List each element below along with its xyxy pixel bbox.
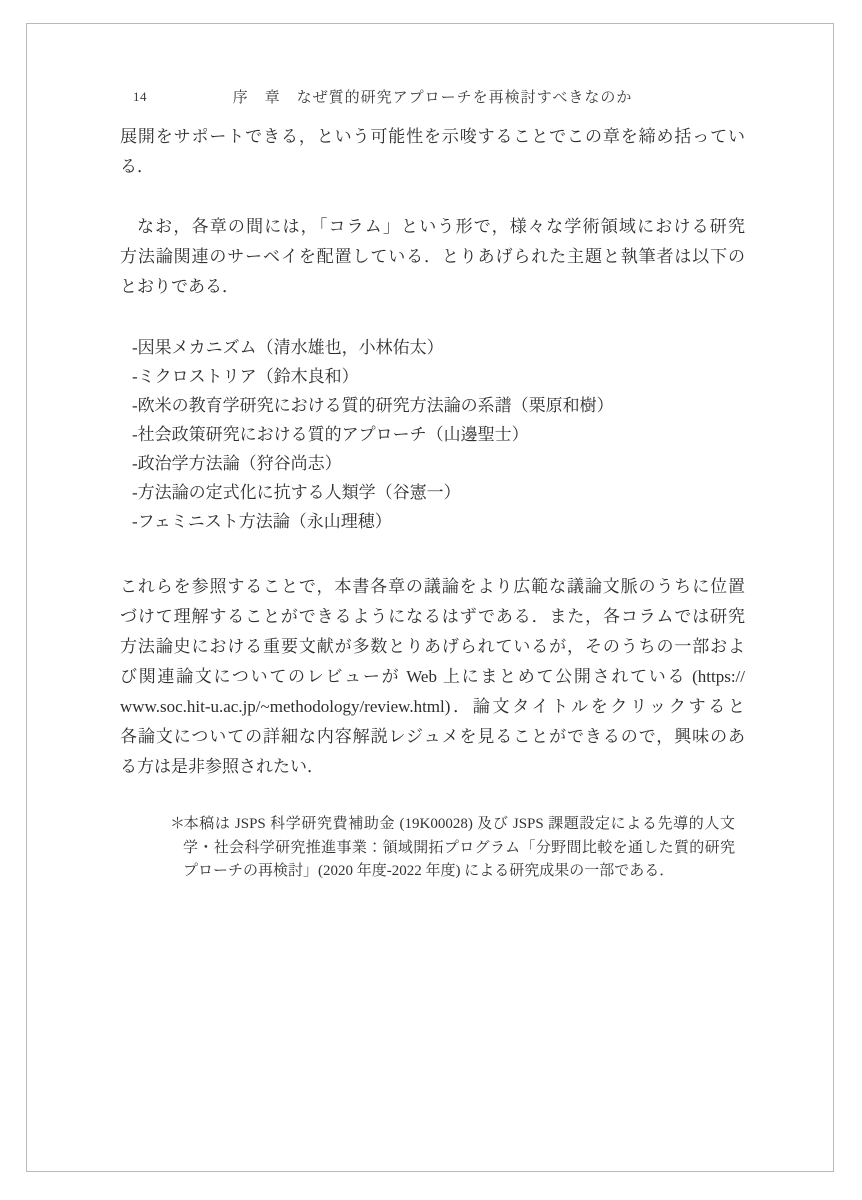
book-page: 14 序 章 なぜ質的研究アプローチを再検討すべきなのか 展開をサポートできる，…	[0, 0, 862, 1200]
text-line: とおりである．	[120, 272, 745, 302]
list-item: -方法論の定式化に抗する人類学（谷憲一）	[132, 478, 745, 507]
footnote-marker: ＊	[170, 813, 183, 837]
intro-paragraph: 展開をサポートできる，という可能性を示唆することでこの章を締め括ってい る．	[120, 122, 745, 182]
footnote-line: プローチの再検討」(2020 年度-2022 年度) による研究成果の一部である…	[170, 860, 735, 884]
text-line: 各論文についての詳細な内容解説レジュメを見ることができるので，興味のあ	[120, 722, 745, 752]
list-item: -政治学方法論（狩谷尚志）	[132, 449, 745, 478]
running-header: 序 章 なぜ質的研究アプローチを再検討すべきなのか	[120, 86, 745, 107]
text-line: 方法論史における重要文献が多数とりあげられているが，そのうちの一部およ	[120, 632, 745, 662]
page-number: 14	[133, 89, 147, 105]
page-header: 14 序 章 なぜ質的研究アプローチを再検討すべきなのか	[120, 86, 745, 108]
text-line: び関連論文についてのレビューが Web 上にまとめて公開されている (https…	[120, 662, 745, 692]
text-line: 方法論関連のサーベイを配置している．とりあげられた主題と執筆者は以下の	[120, 242, 745, 272]
text-line: る方は是非参照されたい．	[120, 752, 745, 782]
text-line: る．	[120, 152, 745, 182]
list-item: -社会政策研究における質的アプローチ（山邊聖士）	[132, 420, 745, 449]
text-line: www.soc.hit-u.ac.jp/~methodology/review.…	[120, 692, 745, 722]
list-item: -ミクロストリア（鈴木良和）	[132, 362, 745, 391]
columns-paragraph: なお，各章の間には，「コラム」という形で，様々な学術領域における研究 方法論関連…	[120, 212, 745, 302]
closing-paragraph: これらを参照することで，本書各章の議論をより広範な議論文脈のうちに位置 づけて理…	[120, 572, 745, 782]
footnote-line: ＊本稿は JSPS 科学研究費補助金 (19K00028) 及び JSPS 課題…	[170, 813, 735, 837]
column-list: -因果メカニズム（清水雄也，小林佑太） -ミクロストリア（鈴木良和） -欧米の教…	[120, 333, 745, 536]
text-line: づけて理解することができるようになるはずである．また，各コラムでは研究	[120, 602, 745, 632]
text-line: なお，各章の間には，「コラム」という形で，様々な学術領域における研究	[120, 212, 745, 242]
list-item: -因果メカニズム（清水雄也，小林佑太）	[132, 333, 745, 362]
footnote-text: 本稿は JSPS 科学研究費補助金 (19K00028) 及び JSPS 課題設…	[183, 816, 735, 832]
list-item: -欧米の教育学研究における質的研究方法論の系譜（栗原和樹）	[132, 391, 745, 420]
page-body: 展開をサポートできる，という可能性を示唆することでこの章を締め括ってい る． な…	[120, 122, 745, 884]
text-line: これらを参照することで，本書各章の議論をより広範な議論文脈のうちに位置	[120, 572, 745, 602]
list-item: -フェミニスト方法論（永山理穂）	[132, 507, 745, 536]
footnote: ＊本稿は JSPS 科学研究費補助金 (19K00028) 及び JSPS 課題…	[170, 813, 735, 884]
footnote-line: 学・社会科学研究推進事業：領域開拓プログラム「分野間比較を通した質的研究ア	[170, 837, 735, 861]
text-line: 展開をサポートできる，という可能性を示唆することでこの章を締め括ってい	[120, 122, 745, 152]
